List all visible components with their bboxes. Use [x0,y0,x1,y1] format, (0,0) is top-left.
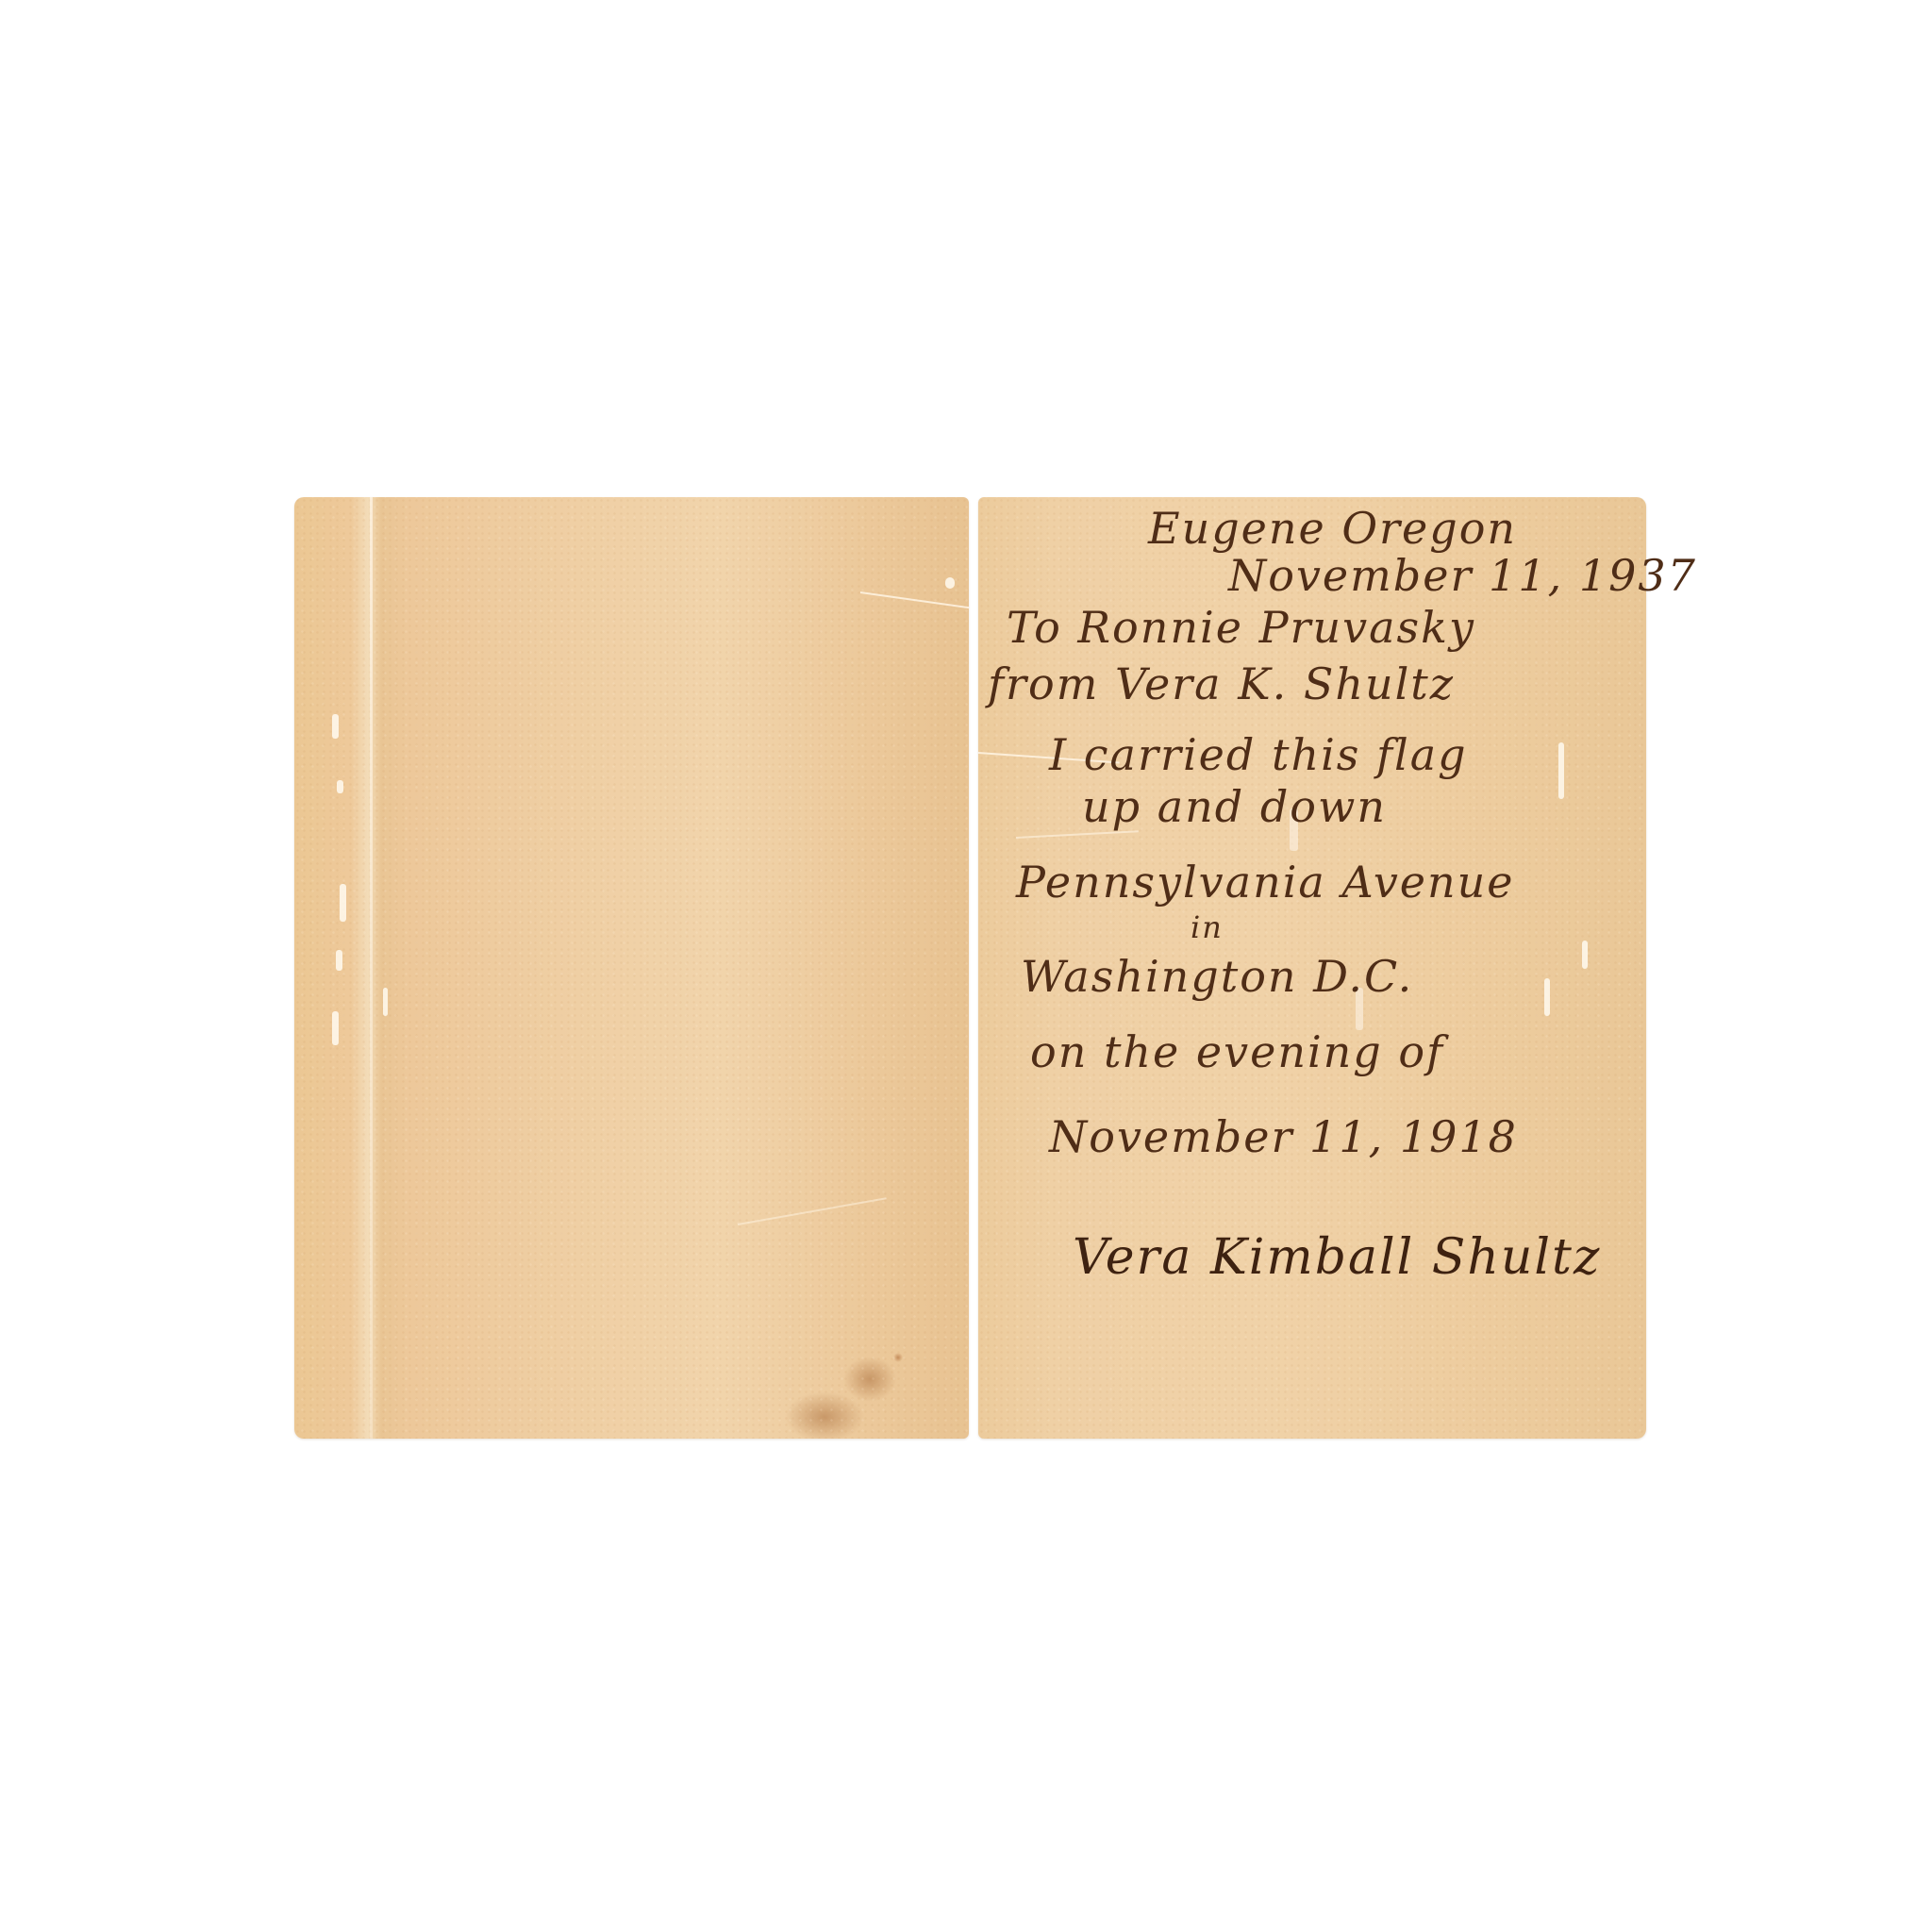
paper-flake [332,714,339,739]
inscription-body-line-2: up and down [1082,785,1387,828]
paper-flake [945,577,955,589]
paper-flake [332,1011,339,1045]
inscription-body-line-1: I carried this flag [1049,733,1468,776]
tear-line [738,1197,887,1225]
paper-flake [340,884,346,922]
card-left-panel [294,497,969,1439]
tear-line [860,591,969,609]
inscription-recipient: To Ronnie Pruvasky [1007,606,1475,649]
signature: Vera Kimball Shultz [1073,1233,1601,1282]
inscription-date: November 11, 1937 [1228,554,1697,597]
inscription-place: Eugene Oregon [1148,507,1517,550]
vertical-crease [370,497,373,1439]
inscription-body-line-7: November 11, 1918 [1049,1115,1518,1158]
inscription-sender: from Vera K. Shultz [988,662,1455,706]
handwritten-inscription: Eugene Oregon November 11, 1937 To Ronni… [978,497,1646,1439]
paper-flake [337,780,343,793]
folded-card: Eugene Oregon November 11, 1937 To Ronni… [294,497,1646,1439]
inscription-body-line-5: Washington D.C. [1021,955,1413,998]
inscription-body-line-6: on the evening of [1030,1030,1444,1074]
paper-flake [336,950,342,971]
inscription-body-line-3: Pennsylvania Avenue [1016,860,1515,904]
paper-flake [383,988,388,1016]
inscription-body-line-4: in [1191,912,1224,942]
